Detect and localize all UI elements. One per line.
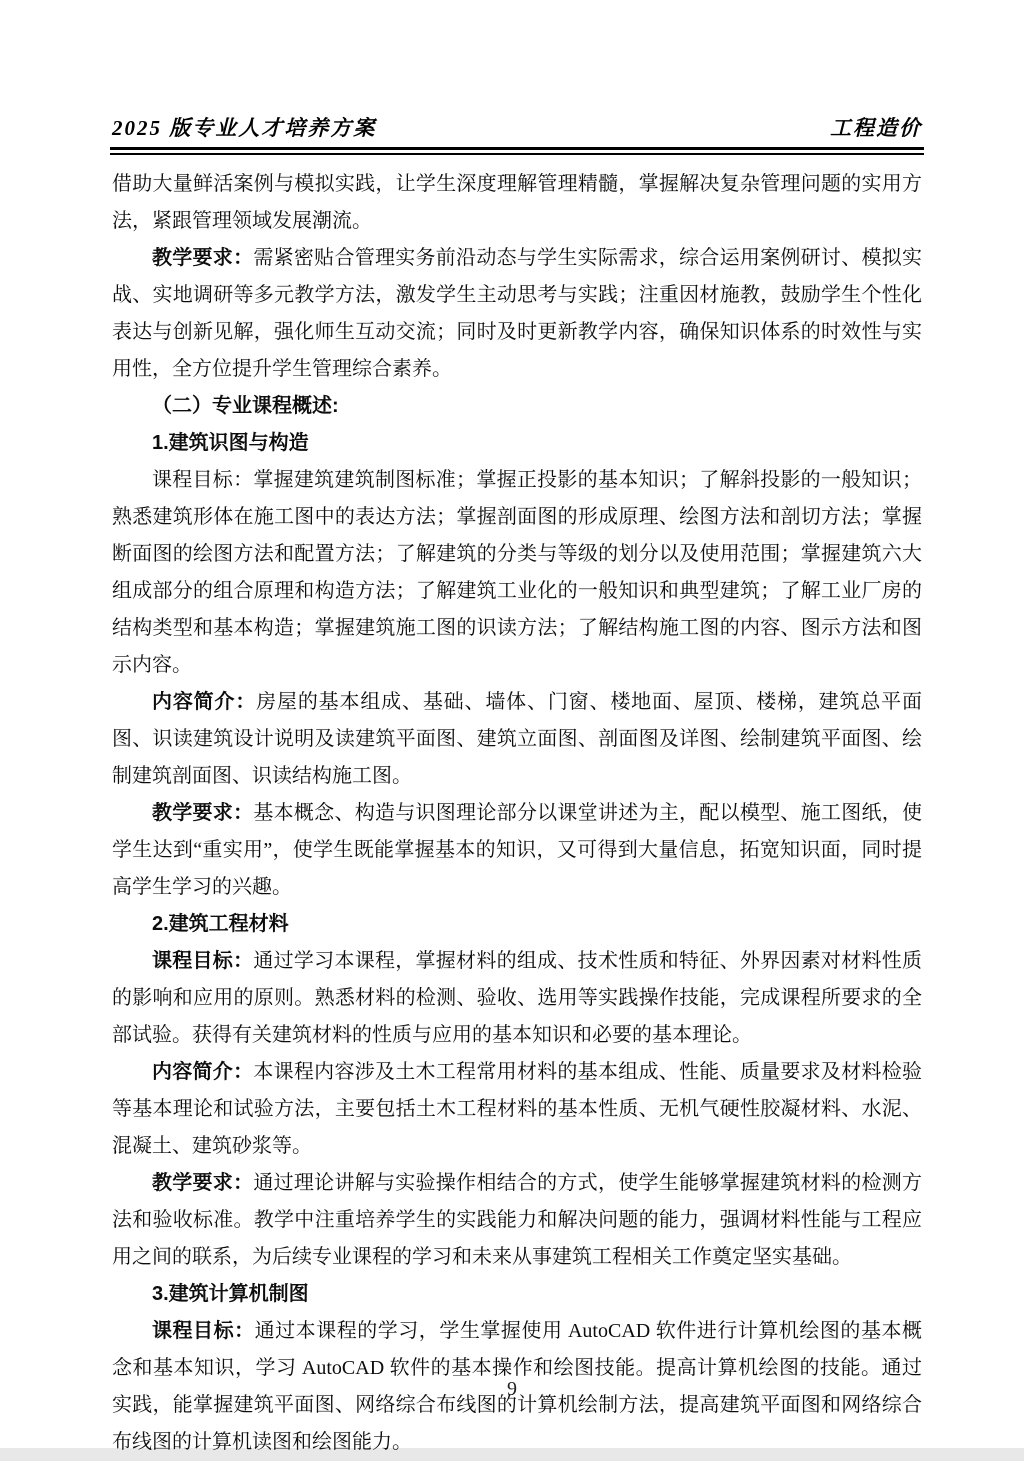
paragraph-continuation: 借助大量鲜活案例与模拟实践，让学生深度理解管理精髓，掌握解决复杂管理问题的实用方… (112, 166, 922, 240)
paragraph-teaching-requirements-1: 教学要求：需紧密贴合管理实务前沿动态与学生实际需求，综合运用案例研讨、模拟实战、… (112, 240, 922, 388)
paragraph-label: 内容简介： (152, 691, 256, 713)
paragraph-text: 借助大量鲜活案例与模拟实践，让学生深度理解管理精髓，掌握解决复杂管理问题的实用方… (112, 173, 922, 232)
paragraph-label: 教学要求： (152, 802, 253, 824)
paragraph-label: 课程目标： (152, 1320, 255, 1342)
header-right-title: 工程造价 (830, 112, 922, 142)
page-header: 2025 版专业人才培养方案 工程造价 (112, 112, 922, 142)
paragraph-content-intro-1: 内容简介：房屋的基本组成、基础、墙体、门窗、楼地面、屋顶、楼梯，建筑总平面图、识… (112, 684, 922, 795)
document-content: 借助大量鲜活案例与模拟实践，让学生深度理解管理精髓，掌握解决复杂管理问题的实用方… (112, 166, 922, 1461)
header-divider (110, 147, 924, 155)
course-heading-2: 2.建筑工程材料 (112, 906, 922, 943)
paragraph-text: 课程目标：掌握建筑建筑制图标准；掌握正投影的基本知识；了解斜投影的一般知识；熟悉… (112, 469, 922, 676)
page-number: 9 (507, 1378, 517, 1400)
paragraph-label: 内容简介： (152, 1061, 253, 1083)
paragraph-label: 教学要求： (152, 247, 253, 269)
paragraph-course-goal-2: 课程目标：通过学习本课程，掌握材料的组成、技术性质和特征、外界因素对材料性质的影… (112, 943, 922, 1054)
header-divider-thin-line (110, 153, 924, 155)
section-heading-professional-courses: （二）专业课程概述: (112, 388, 922, 425)
paragraph-label: 课程目标： (152, 950, 253, 972)
header-left-title: 2025 版专业人才培养方案 (112, 112, 376, 142)
course-heading-1: 1.建筑识图与构造 (112, 425, 922, 462)
paragraph-content-intro-2: 内容简介：本课程内容涉及土木工程常用材料的基本组成、性能、质量要求及材料检验等基… (112, 1054, 922, 1165)
paragraph-teaching-requirements-3: 教学要求：通过理论讲解与实验操作相结合的方式，使学生能够掌握建筑材料的检测方法和… (112, 1165, 922, 1276)
paragraph-course-goal-1: 课程目标：掌握建筑建筑制图标准；掌握正投影的基本知识；了解斜投影的一般知识；熟悉… (112, 462, 922, 684)
paragraph-label: 教学要求： (152, 1172, 253, 1194)
course-heading-3: 3.建筑计算机制图 (112, 1276, 922, 1313)
document-page: 2025 版专业人才培养方案 工程造价 借助大量鲜活案例与模拟实践，让学生深度理… (0, 0, 1024, 1448)
page-footer: 9 (0, 1378, 1024, 1401)
paragraph-teaching-requirements-2: 教学要求：基本概念、构造与识图理论部分以课堂讲述为主，配以模型、施工图纸，使学生… (112, 795, 922, 906)
